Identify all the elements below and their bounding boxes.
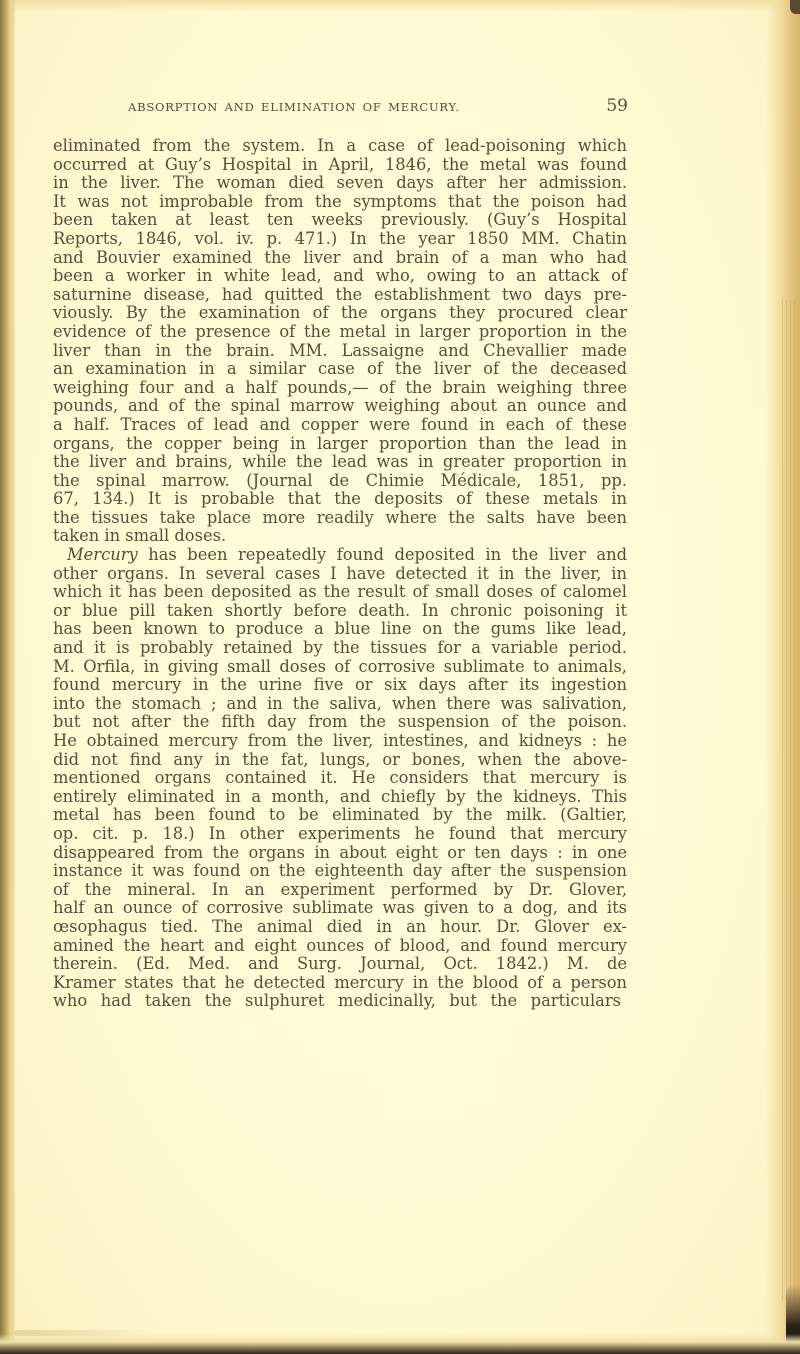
text-line: and Bouvier examined the liver and brain… [53,249,627,268]
text-line: Kramer states that he detected mercury i… [53,974,627,993]
text-line: been taken at least ten weeks previously… [53,211,627,230]
text-line: a half. Traces of lead and copper were f… [53,416,627,435]
book-page: ABSORPTION AND ELIMINATION OF MERCURY. 5… [0,0,800,1354]
text-line: did not find any in the fat, lungs, or b… [53,751,627,770]
text-line: and it is probably retained by the tissu… [53,639,627,658]
text-line: metal has been found to be eliminated by… [53,806,627,825]
text-line: other organs. In several cases I have de… [53,565,627,584]
binding-strip [0,0,12,1354]
text-line: liver than in the brain. MM. Lassaigne a… [53,342,627,361]
text-line: of the mineral. In an experiment perform… [53,881,627,900]
text-line: therein. (Ed. Med. and Surg. Journal, Oc… [53,955,627,974]
running-head: ABSORPTION AND ELIMINATION OF MERCURY. 5… [128,96,628,118]
page-stack-lines [782,300,796,1300]
text-line: organs, the copper being in larger propo… [53,435,627,454]
top-edge-stain [0,0,800,12]
text-line: who had taken the sulphuret medicinally,… [53,992,621,1011]
text-line: He obtained mercury from the liver, inte… [53,732,627,751]
text-line: been a worker in white lead, and who, ow… [53,267,627,286]
text-line: 67, 134.) It is probable that the deposi… [53,490,627,509]
top-right-corner-shadow [790,0,800,14]
paragraph-2: Mercury has been repeatedly found deposi… [53,546,627,1011]
text-line: but not after the fifth day from the sus… [53,713,627,732]
text-line: instance it was found on the eighteenth … [53,862,627,881]
text-line: which it has been deposited as the resul… [53,583,627,602]
text-line: Mercury has been repeatedly found deposi… [53,546,627,565]
paragraph-1: eliminated from the system. In a case of… [53,137,627,546]
body-text: eliminated from the system. In a case of… [53,137,627,1011]
page-number: 59 [606,96,628,116]
text-line: œsophagus tied. The animal died in an ho… [53,918,627,937]
text-line: eliminated from the system. In a case of… [53,137,627,156]
binding-shadow [12,0,16,1354]
text-line: disappeared from the organs in about eig… [53,844,627,863]
text-line: Reports, 1846, vol. iv. p. 471.) In the … [53,230,627,249]
text-line: It was not improbable from the symptoms … [53,193,627,212]
text-line: an examination in a similar case of the … [53,360,627,379]
text-line: into the stomach ; and in the saliva, wh… [53,695,627,714]
text-line: found mercury in the urine five or six d… [53,676,627,695]
text-line: saturnine disease, had quitted the estab… [53,286,627,305]
text-line: amined the heart and eight ounces of blo… [53,937,627,956]
text-line: occurred at Guy’s Hospital in April, 184… [53,156,627,175]
text-line: taken in small doses. [53,527,627,546]
text-line: pounds, and of the spinal marrow weighin… [53,397,627,416]
text-line: half an ounce of corrosive sublimate was… [53,899,627,918]
text-line: or blue pill taken shortly before death.… [53,602,627,621]
text-line: the tissues take place more readily wher… [53,509,627,528]
text-line: M. Orfila, in giving small doses of corr… [53,658,627,677]
text-line: has been known to produce a blue line on… [53,620,627,639]
text-line: weighing four and a half pounds,— of the… [53,379,627,398]
running-title: ABSORPTION AND ELIMINATION OF MERCURY. [128,100,460,114]
text-line: viously. By the examination of the organ… [53,304,627,323]
italic-term: Mercury [67,545,138,564]
text-line: entirely eliminated in a month, and chie… [53,788,627,807]
text-line: in the liver. The woman died seven days … [53,174,627,193]
text-line: the liver and brains, while the lead was… [53,453,627,472]
text-line: evidence of the presence of the metal in… [53,323,627,342]
bottom-page-edge [0,1334,800,1354]
text-line-rest: has been repeatedly found deposited in t… [138,545,627,564]
text-line: op. cit. p. 18.) In other experiments he… [53,825,627,844]
text-line: the spinal marrow. (Journal de Chimie Mé… [53,472,627,491]
text-line: mentioned organs contained it. He consid… [53,769,627,788]
